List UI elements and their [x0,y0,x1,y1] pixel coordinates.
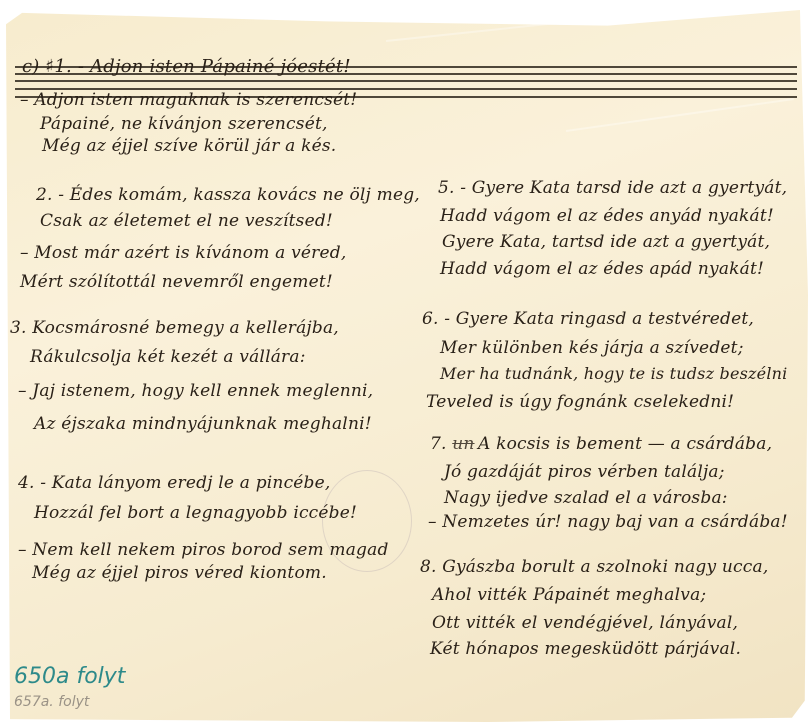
verse-line: – Nemzetes úr! nagy baj van a csárdába! [428,512,788,532]
verse-line: Rákulcsolja két kezét a vállára: [30,347,306,367]
verse-line: Mért szólítottál nevemről engemet! [20,272,333,292]
staff-line [15,80,797,82]
verse-line: Teveled is úgy fognánk cselekedni! [426,392,734,412]
verse-line: Mer különben kés járja a szívedet; [440,338,744,358]
verse-line: A kocsis is bement — a csárdába, [478,434,772,454]
struck-out-word: un [452,434,474,454]
verse-line: Mer ha tudnánk, hogy te is tudsz beszéln… [440,364,787,383]
verse-line: Hadd vágom el az édes anyád nyakát! [440,206,774,226]
verse-line: 7. un [430,434,475,454]
archive-number-note: 650a folyt [14,664,125,689]
archive-number-note-pencil: 657a. folyt [14,694,89,710]
paper-crease [386,9,685,42]
verse-number: 7. [430,434,452,454]
verse-line: 2. - Édes komám, kassza kovács ne ölj me… [36,185,420,205]
verse-line: 5. - Gyere Kata tarsd ide azt a gyertyát… [438,178,787,198]
verse-line: Gyere Kata, tartsd ide azt a gyertyát, [442,232,770,252]
verse-line: Még az éjjel piros véred kiontom. [32,563,327,583]
verse-line: Ott vitték el vendégjével, lányával, [432,613,738,633]
verse-line: Az éjszaka mindnyájunknak meghalni! [34,414,372,434]
verse-line: 8. Gyászba borult a szolnoki nagy ucca, [420,557,768,577]
verse-line: Csak az életemet el ne veszítsed! [40,211,333,231]
verse-line: Ahol vitték Pápainét meghalva; [432,585,706,605]
verse-line: Jó gazdáját piros vérben találja; [444,462,725,482]
verse-line: – Most már azért is kívánom a véred, [20,243,346,263]
verse-line: – Adjon isten maguknak is szerencsét! [20,90,357,110]
verse-line: 3. Kocsmárosné bemegy a kellerájba, [10,318,339,338]
verse-line: Még az éjjel szíve körül jár a kés. [42,136,336,156]
verse-line: 6. - Gyere Kata ringasd a testvéredet, [422,309,754,329]
verse-line: Nagy ijedve szalad el a városba: [444,488,728,508]
verse-line: 4. - Kata lányom eredj le a pincébe, [18,473,331,493]
verse-line: Pápainé, ne kívánjon szerencsét, [40,114,328,134]
verse-line: Hozzál fel bort a legnagyobb iccébe! [34,503,357,523]
verse-line: c) ♯1. - Adjon isten Pápainé jóestét! [22,56,351,77]
verse-line: Hadd vágom el az édes apád nyakát! [440,259,764,279]
paper-crease [566,98,794,132]
verse-line: Két hónapos megesküdött párjával. [430,639,741,659]
verse-line: – Nem kell nekem piros borod sem magad [18,540,389,560]
verse-line: – Jaj istenem, hogy kell ennek meglenni, [18,381,373,401]
